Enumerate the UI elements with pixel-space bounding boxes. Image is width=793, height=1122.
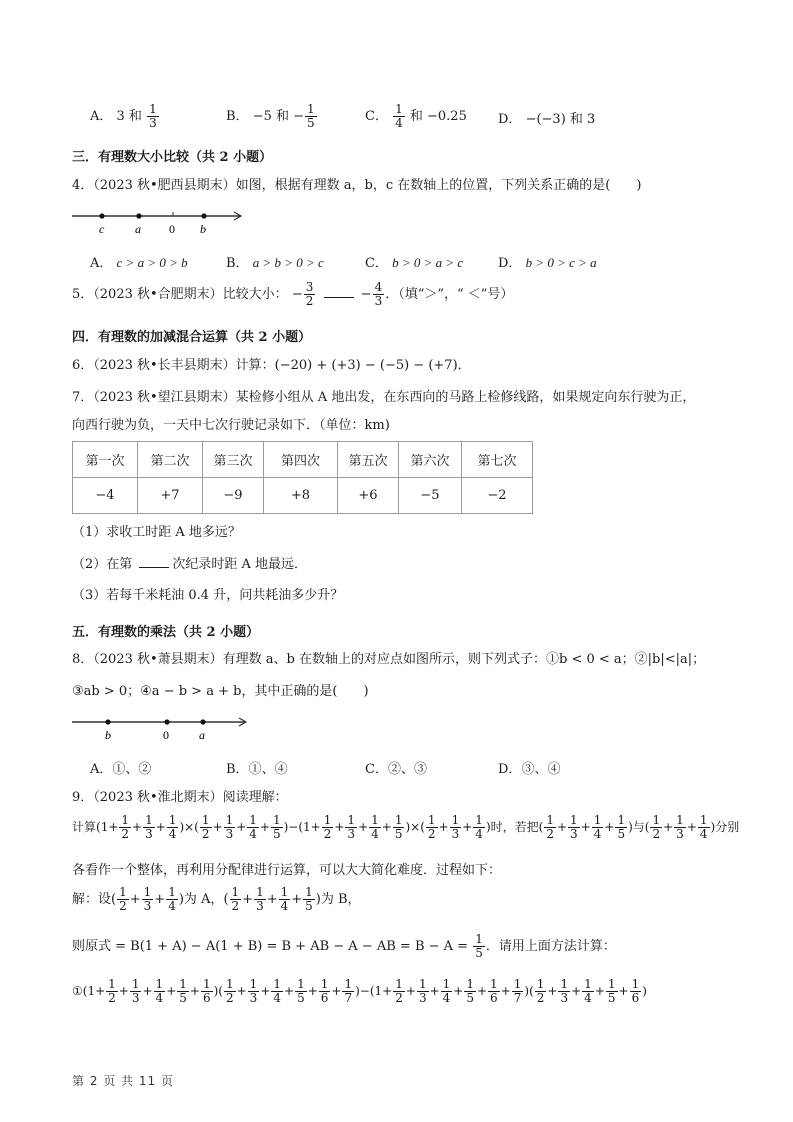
q8-number-line: b 0 a [70,712,255,742]
q7-stem-line1: 7．（2023 秋•望江县期末）某检修小组从 A 地出发，在东西向的马路上检修线… [72,389,695,407]
q4-option-d: D． b > 0 > c > a [498,252,597,271]
q3-option-a: A． 3 和 13 [90,103,160,130]
q8-option-c: C．②、③ [365,758,427,777]
q9-calc-expression: 计算(1+12+13+14)×(12+13+14+15)−(1+12+13+14… [72,814,739,841]
q9-line2: 各看作一个整体，再利用分配律进行运算，可以大大简化难度．过程如下： [72,862,501,880]
table-cell: +8 [264,478,338,514]
svg-text:a: a [135,222,141,236]
section-5-heading: 五．有理数的乘法（共 2 小题） [72,621,259,640]
q3-option-c: C． 14 和 −0.25 [365,103,467,130]
q5-stem: 5．（2023 秋•合肥期末）比较大小： −32 −43．（填“＞”，“ ＜”号… [72,281,513,308]
q8-option-d: D．③、④ [498,758,560,777]
table-row: −4 +7 −9 +8 +6 −5 −2 [73,478,533,514]
table-cell: 第一次 [73,442,138,478]
table-cell: −5 [399,478,462,514]
table-cell: 第五次 [338,442,399,478]
q5-answer-blank[interactable] [324,285,354,298]
table-cell: +7 [138,478,203,514]
q7-sub1: （1）求收工时距 A 地多远？ [72,524,241,542]
table-cell: 第二次 [138,442,203,478]
table-cell: −9 [203,478,264,514]
table-cell: 第三次 [203,442,264,478]
q9-solution-setup: 解：设(12+13+14)为 A，(12+13+14+15)为 B， [72,886,361,913]
section-3-heading: 三．有理数大小比较（共 2 小题） [72,146,272,165]
q3-option-b: B． −5 和 −15 [226,103,318,130]
page-footer: 第 2 页 共 11 页 [72,1072,174,1089]
table-cell: 第七次 [462,442,533,478]
q8-option-b: B．①、④ [226,758,288,777]
svg-text:c: c [99,222,105,236]
q7-sub2: （2）在第 次纪录时距 A 地最远． [72,555,307,574]
table-cell: −2 [462,478,533,514]
q7-record-table: 第一次 第二次 第三次 第四次 第五次 第六次 第七次 −4 +7 −9 +8 … [72,441,533,514]
svg-text:b: b [200,222,206,236]
svg-text:a: a [199,728,205,742]
q9-stem: 9．（2023 秋•淮北期末）阅读理解： [72,789,288,807]
q4-option-c: C． b > 0 > a > c [365,252,463,271]
section-4-heading: 四．有理数的加减混合运算（共 2 小题） [72,326,311,345]
q4-option-b: B． a > b > 0 > c [226,252,324,271]
table-cell: 第四次 [264,442,338,478]
q9-derivation: 则原式 = B(1 + A) − A(1 + B) = B + AB − A −… [72,933,616,960]
q6-stem: 6．（2023 秋•长丰县期末）计算：(−20) + (+3) − (−5) −… [72,357,471,375]
q7-sub3: （3）若每千米耗油 0.4 升，问共耗油多少升？ [72,587,343,605]
svg-text:0: 0 [169,222,175,236]
table-cell: 第六次 [399,442,462,478]
q4-option-a: A． c > a > 0 > b [90,252,188,271]
svg-text:b: b [105,728,111,742]
q4-number-line: c a 0 b [70,206,250,238]
q7-stem-line2: 向西行驶为负，一天中七次行驶记录如下．（单位：km) [72,417,390,435]
table-cell: −4 [73,478,138,514]
q9-item1-expression: ①(1+12+13+14+15+16)(12+13+14+15+16+17)−(… [72,978,647,1005]
q8-stem-line1: 8．（2023 秋•萧县期末）有理数 a、b 在数轴上的对应点如图所示，则下列式… [72,651,705,669]
q8-option-a: A．①、② [90,758,151,777]
q8-stem-line2: ③ab > 0；④a − b > a + b，其中正确的是( ) [72,683,369,701]
q4-stem: 4．（2023 秋•肥西县期末）如图，根据有理数 a，b，c 在数轴上的位置，下… [72,177,641,195]
q7-answer-blank[interactable] [139,555,169,568]
svg-text:0: 0 [163,728,169,742]
table-header-row: 第一次 第二次 第三次 第四次 第五次 第六次 第七次 [73,442,533,478]
table-cell: +6 [338,478,399,514]
q3-option-d: D． −(−3) 和 3 [498,108,595,127]
